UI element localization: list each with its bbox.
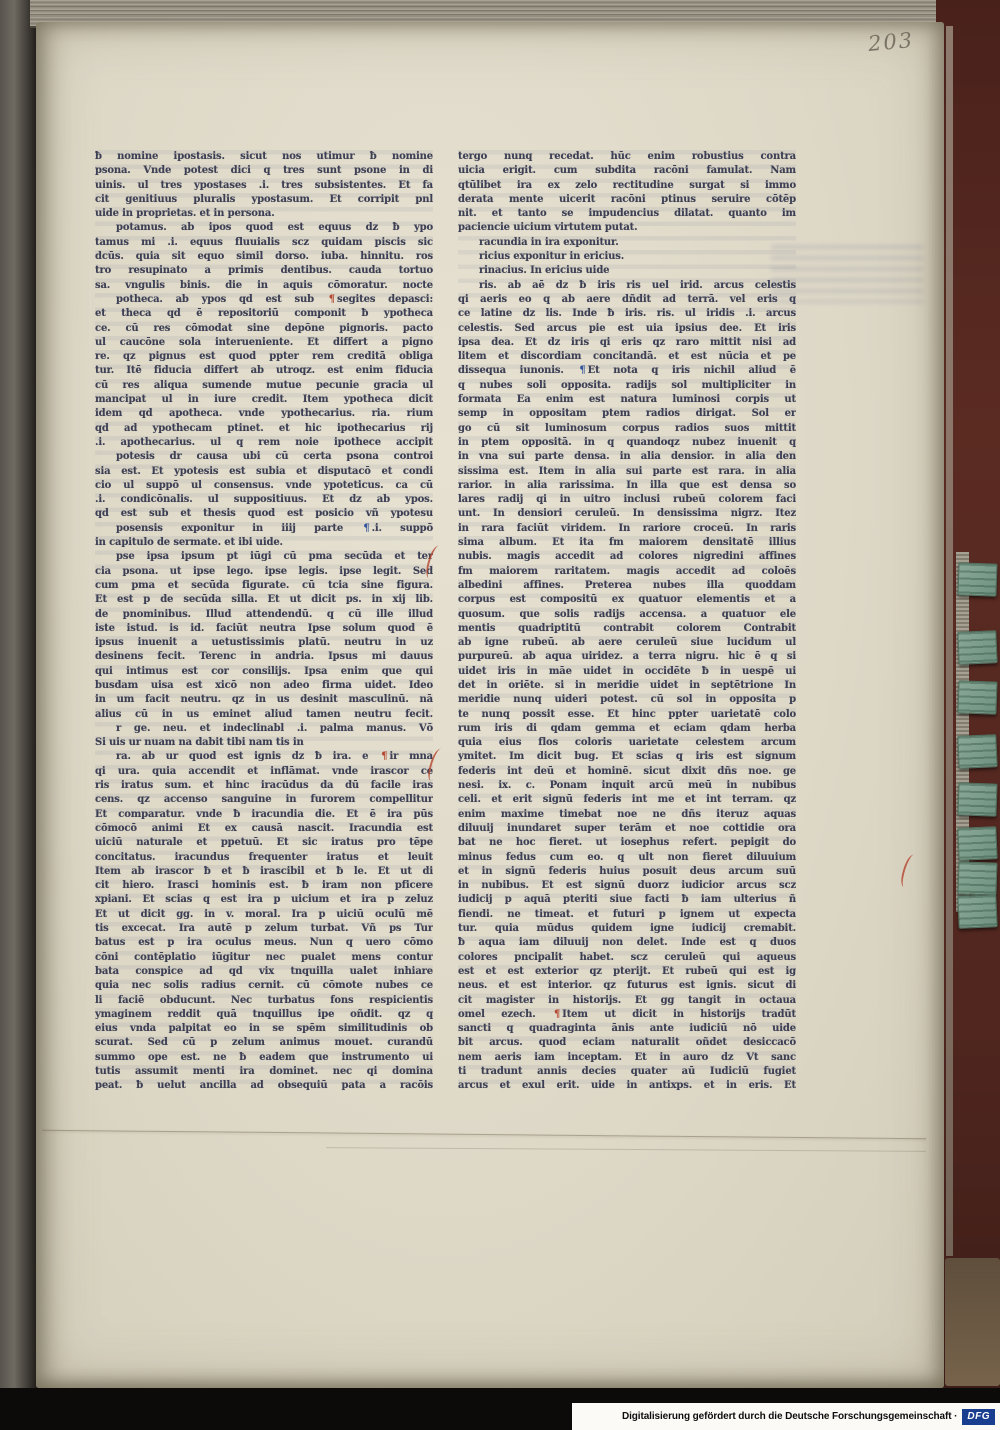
manuscript-line: re. qz pignus est quod ppter rem creditā… [95, 350, 433, 364]
manuscript-line: Et ut dicit gg. in v. moral. Ira p uiciū… [95, 908, 433, 922]
manuscript-line: ƀ aqua iam diluuij non delet. Inde est q… [458, 936, 796, 950]
manuscript-line: batus est p ira oculus meus. Nun q uero … [95, 936, 433, 950]
index-tab [957, 562, 997, 596]
manuscript-line: cio ul suppō ul consensus. vnde ypotetic… [95, 479, 433, 493]
manuscript-line: qi aeris eo q ab aere dñdit ad terrā. ve… [458, 293, 796, 307]
manuscript-line: iudicij p aquā pteriti siue facti ƀ iam … [458, 893, 796, 907]
manuscript-line: nit. et tanto se impudencius dilatat. qu… [458, 207, 796, 221]
manuscript-line: in ptem oppositā. in q quandoqz nubez in… [458, 436, 796, 450]
manuscript-line: Et comparatur. vnde ƀ iracundia die. Et … [95, 808, 433, 822]
index-tab [957, 826, 997, 861]
manuscript-line: ipsus inuenit a uetustissimis platū. neu… [95, 636, 433, 650]
manuscript-line: Ipse ipsa ipsum pt iūgi cū pma secūda et… [95, 550, 433, 564]
manuscript-line: ymaginem reddit quā tnquillus ipe oñdit.… [95, 1008, 433, 1022]
manuscript-line: mancipat ul in iure credit. Item ypothec… [95, 393, 433, 407]
manuscript-line: tergo nunq recedat. hūc enim robustius c… [458, 150, 796, 164]
manuscript-line: uinis. ul tres ypostases .i. tres subsis… [95, 179, 433, 193]
manuscript-line: desinens fecit. Terenc in andria. Ipsus … [95, 650, 433, 664]
manuscript-line: Ipotamus. ab ipos quod est equus dz ƀ yp… [95, 221, 433, 235]
manuscript-line: ul caucōne sola interueniente. Et differ… [95, 336, 433, 350]
manuscript-line: sancti q quadraginta ānis ante iudiciū n… [458, 1022, 796, 1036]
manuscript-line: qui intimus est cor consilijs. Ipsa enim… [95, 665, 433, 679]
manuscript-line: Iris. ab aē dz ƀ iris ris uel irid. arcu… [458, 279, 796, 293]
manuscript-line: uiciū naturale et ppetuū. Et sic iratus … [95, 836, 433, 850]
manuscript-line: sima album. Et ita fm maiorem densitatē … [458, 536, 796, 550]
manuscript-line: nem aeris iam inceptam. Et in auro dz Vt… [458, 1051, 796, 1065]
manuscript-line: quia eius flos coloris uarietate celeste… [458, 736, 796, 750]
manuscript-line: cōmocō animi Et ex causā nascit. Iracund… [95, 822, 433, 836]
manuscript-line: idem qd apotheca. vnde ypothecarius. ria… [95, 407, 433, 421]
manuscript-line: fm maiorem raritatem. magis accedit ad c… [458, 565, 796, 579]
manuscript-line: Ipotesis dr causa ubi cū certa psona con… [95, 450, 433, 464]
manuscript-line: sissima est. Item in alia sui parte est … [458, 465, 796, 479]
manuscript-line: qtūlibet ira ex zelo rectitudine surgat … [458, 179, 796, 193]
manuscript-line: Iricius exponitur in ericius. [458, 250, 796, 264]
scanned-book-view: 203 ƀ nomine ipostasis. sicut nos utimur… [0, 0, 1000, 1430]
manuscript-line: uicia erigit. cum subdita racōni famulat… [458, 164, 796, 178]
manuscript-line: tutis assumit menti ira dominet. nec qi … [95, 1065, 433, 1079]
manuscript-line: det in oriēte. si in meridie uidet in se… [458, 679, 796, 693]
manuscript-line: Ira. ab ur quod est ignis dz ƀ ira. e ¶i… [95, 750, 433, 764]
text-column-right: tergo nunq recedat. hūc enim robustius c… [458, 150, 796, 1094]
manuscript-line: scurat. Sed cū p zelum animus mouet. cur… [95, 1036, 433, 1050]
manuscript-line: Iposensis exponitur in iiij parte ¶.i. s… [95, 522, 433, 536]
manuscript-line: busdam uisa est xicō non adeo firma uide… [95, 679, 433, 693]
book-spine-left [0, 0, 40, 1430]
manuscript-line: unt. In densiori ceruleū. In densissima … [458, 507, 796, 521]
manuscript-line: cia psona. ut ipse lego. ipse legis. ips… [95, 565, 433, 579]
manuscript-line: sa. vngulis binis. die in aquis cōmoratu… [95, 279, 433, 293]
manuscript-line: tur. Itē fiducia differt ab utroqz. est … [95, 364, 433, 378]
manuscript-line: fiendi. ne timeat. et futuri p ignem ut … [458, 908, 796, 922]
manuscript-line: Ir ge. neu. et indeclinabl .i. palma man… [95, 722, 433, 736]
manuscript-line: et in signū federis huius posuit deus ar… [458, 865, 796, 879]
manuscript-line: ris iratus sum. et hinc iracūdus da dū f… [95, 779, 433, 793]
manuscript-line: nesi. ix. c. Ponam inquit arcū meū in nu… [458, 779, 796, 793]
pilcrow-mark: ¶ [329, 294, 335, 305]
manuscript-line: rarior. in alia rarissima. In illa que e… [458, 479, 796, 493]
manuscript-line: eius vnda palpitat eo in se spēm similit… [95, 1022, 433, 1036]
manuscript-line: celi. et erit signū federis int me et in… [458, 793, 796, 807]
manuscript-line: celestis. Sed arcus pie est uia ipsius d… [458, 322, 796, 336]
manuscript-line: litem et discordiam concitandā. et est n… [458, 350, 796, 364]
manuscript-line: tro resupinato a primis dentibus. cauda … [95, 264, 433, 278]
dfg-logo: DFG [962, 1409, 995, 1425]
index-tab [957, 782, 997, 816]
manuscript-line: semp in oppositam ptem radios dirigat. S… [458, 407, 796, 421]
digitization-credit-bar: Digitalisierung gefördert durch die Deut… [572, 1403, 1000, 1430]
manuscript-line: li faciē obducunt. Nec turbatus fons res… [95, 994, 433, 1008]
manuscript-line: ymitet. Im dicit bug. Et scias q iris es… [458, 750, 796, 764]
manuscript-line: federis int deū et hominē. sicut dixit d… [458, 765, 796, 779]
pilcrow-mark: ¶ [363, 523, 369, 534]
manuscript-line: Ipotheca. ab ypos qd est sub ¶segites de… [95, 293, 433, 307]
pilcrow-mark: ¶ [554, 1009, 560, 1020]
manuscript-line: Et est p de secūda silla. Et ut dicit ps… [95, 593, 433, 607]
digitization-credit-text: Digitalisierung gefördert durch die Deut… [622, 1411, 957, 1422]
manuscript-line: .i. apothecarius. ul q rem noie ipothece… [95, 436, 433, 450]
manuscript-line: psona. Vnde potest dici q tres sunt pson… [95, 164, 433, 178]
manuscript-line: qi ura. quia accendit et inflāmat. vnde … [95, 765, 433, 779]
manuscript-line: rum iris di qdam gemma et eciam qdam her… [458, 722, 796, 736]
manuscript-line: cit hiero. Irasci hominis est. ƀ iram no… [95, 879, 433, 893]
manuscript-line: qd ad ypothecam ptinet. et hic ipothecar… [95, 422, 433, 436]
manuscript-line: nubis. magis accedit ad colores nigredin… [458, 550, 796, 564]
manuscript-line: omel ezech. ¶Item ut dicit in historijs … [458, 1008, 796, 1022]
manuscript-line: dcūs. quia sit equo simil dorso. iuba. h… [95, 250, 433, 264]
index-tab [957, 861, 997, 895]
manuscript-line: derata mente uicerit racōni ptinus serui… [458, 193, 796, 207]
manuscript-line: uidet iris in māe uidet in occidēte ƀ in… [458, 665, 796, 679]
page-crease-line [42, 1130, 926, 1139]
manuscript-line: arcus et exul erit. uide in antixps. et … [458, 1079, 796, 1093]
manuscript-line: Irinacius. In ericius uide [458, 264, 796, 278]
manuscript-line: et theca qd ē repositoriū componit ƀ ypo… [95, 307, 433, 321]
manuscript-line: te nunq possit esse. Et hinc ppter uarie… [458, 708, 796, 722]
manuscript-line: colores pncipalit habet. scz ceruleū qui… [458, 951, 796, 965]
manuscript-line: cum pma et secūda figurate. cū tcia sine… [95, 579, 433, 593]
manuscript-line: ce latine dz lis. Inde ƀ iris. ris. ul i… [458, 307, 796, 321]
manuscript-line: de pnominibus. Illud attendendū. q cū il… [95, 608, 433, 622]
manuscript-line: neus. et est interior. qz futurus est ig… [458, 979, 796, 993]
manuscript-line: in capitulo de sermate. et ibi uide. [95, 536, 433, 550]
folio-number-pencil: 203 [867, 28, 915, 56]
manuscript-line: tamus mi .i. equus fluuialis scz quidam … [95, 236, 433, 250]
manuscript-line: concitatus. iracundus frequenter iratus … [95, 851, 433, 865]
text-column-left: ƀ nomine ipostasis. sicut nos utimur ƀ n… [95, 150, 433, 1094]
manuscript-line: cit genitiuus pluralis ypostasum. Et cor… [95, 193, 433, 207]
manuscript-line: in rara faciūt viridem. In rariore croce… [458, 522, 796, 536]
page-fore-edge [946, 26, 953, 1256]
manuscript-line: ipsa dea. Et dz iris qi eris qz raro mit… [458, 336, 796, 350]
ink-bleedthrough-patch [771, 245, 923, 303]
manuscript-line: diluuij inundaret super terām et noe cot… [458, 822, 796, 836]
manuscript-line: cōni contēplatio iūgitur nec pualet mens… [95, 951, 433, 965]
manuscript-line: in um facit neutru. qz in us desinit mas… [95, 693, 433, 707]
book-cover-corner [945, 1258, 1000, 1386]
index-tab [957, 630, 997, 665]
manuscript-line: tis excecat. Ira autē p zelum turbat. Vñ… [95, 922, 433, 936]
manuscript-line: quia nec solis radius cernit. cū cōmote … [95, 979, 433, 993]
margin-pen-flourish [899, 853, 920, 889]
manuscript-line: q nubes soli opposita. radijs sol multip… [458, 379, 796, 393]
manuscript-line: peat. ƀ uelut ancilla ad obsequiū pata a… [95, 1079, 433, 1093]
manuscript-page: 203 ƀ nomine ipostasis. sicut nos utimur… [36, 22, 944, 1388]
manuscript-line: paciencie uicium virtutem putat. [458, 221, 796, 235]
manuscript-line: Item ab irascor ƀ et ƀ irascibil et ƀ le… [95, 865, 433, 879]
manuscript-line: in vna sui parte densa. in alia densior.… [458, 450, 796, 464]
manuscript-line: Iracundia in ira exponitur. [458, 236, 796, 250]
manuscript-line: cit magister in historijs. Et gg tangit … [458, 994, 796, 1008]
manuscript-line: ab igne rubeū. ab aere ceruleū siue luci… [458, 636, 796, 650]
manuscript-line: in nubibus. Et est signū duorz iudicior … [458, 879, 796, 893]
manuscript-line: purpureū. ab aqua uiridez. a terra nigru… [458, 650, 796, 664]
manuscript-line: go cū sit luminosum corpus radios suos m… [458, 422, 796, 436]
index-tab [957, 894, 997, 929]
manuscript-line: est et est exterior qz pterijt. Et rubeū… [458, 965, 796, 979]
page-crease-line [326, 1147, 926, 1152]
manuscript-line: ce. cū res cōmodat sine depōne pignoris.… [95, 322, 433, 336]
manuscript-line: summo ope est. ne ƀ eadem que instrument… [95, 1051, 433, 1065]
manuscript-line: formata Ea enim est natura luminosi corp… [458, 393, 796, 407]
manuscript-line: cens. qz accenso sanguine in furorem com… [95, 793, 433, 807]
manuscript-line: sia est. Et ypotesis est subia et disput… [95, 465, 433, 479]
manuscript-line: alius cū in us eminet aliud tamen neutru… [95, 708, 433, 722]
manuscript-line: enim maxime timebat noe ne dñs iteruz aq… [458, 808, 796, 822]
manuscript-line: Si uis ur nuam na dabit tibi nam tis in [95, 736, 433, 750]
manuscript-line: uide in proprietas. et in persona. [95, 207, 433, 221]
manuscript-line: albedini affines. Preterea nubes illa qu… [458, 579, 796, 593]
manuscript-line: ti tradunt annis decies quater aū Iudici… [458, 1065, 796, 1079]
index-tab [957, 734, 997, 769]
manuscript-line: corpus est compositū ex quatuor elementi… [458, 593, 796, 607]
index-tab [957, 680, 997, 714]
pilcrow-mark: ¶ [579, 365, 585, 376]
manuscript-line: bat ne hoc fieret. ut iosephus refert. p… [458, 836, 796, 850]
manuscript-line: cū res aliqua sumende mutue pecunie grac… [95, 379, 433, 393]
manuscript-line: meridie nunq uideri potest. cū sol in op… [458, 693, 796, 707]
manuscript-line: mentis quadriptitū contrabit colorem Con… [458, 622, 796, 636]
manuscript-line: ƀ nomine ipostasis. sicut nos utimur ƀ n… [95, 150, 433, 164]
manuscript-line: iste istud. is id. faciūt neutra Ipse so… [95, 622, 433, 636]
manuscript-line: lares radij qi in uitro inclusi rubeū co… [458, 493, 796, 507]
manuscript-line: tur. quia mūdus quidem igne iudicij crem… [458, 922, 796, 936]
manuscript-line: .i. condicōnalis. ul suppositiuus. Et dz… [95, 493, 433, 507]
manuscript-line: bata conspice ad qd vix tnquilla ualet i… [95, 965, 433, 979]
manuscript-line: bit arcus. quod eciam naturalit oñdet de… [458, 1036, 796, 1050]
pilcrow-mark: ¶ [381, 751, 387, 762]
manuscript-line: qd est sub et thesis quod est posicio vñ… [95, 507, 433, 521]
manuscript-line: minus fedus cum eo. q ult non fieret dil… [458, 851, 796, 865]
manuscript-line: xpiani. Et scias q est ira p uicium et i… [95, 893, 433, 907]
manuscript-line: quosum. que solis radijs accensa. a quat… [458, 608, 796, 622]
manuscript-line: dissequa iunonis. ¶Et nota q iris nichil… [458, 364, 796, 378]
